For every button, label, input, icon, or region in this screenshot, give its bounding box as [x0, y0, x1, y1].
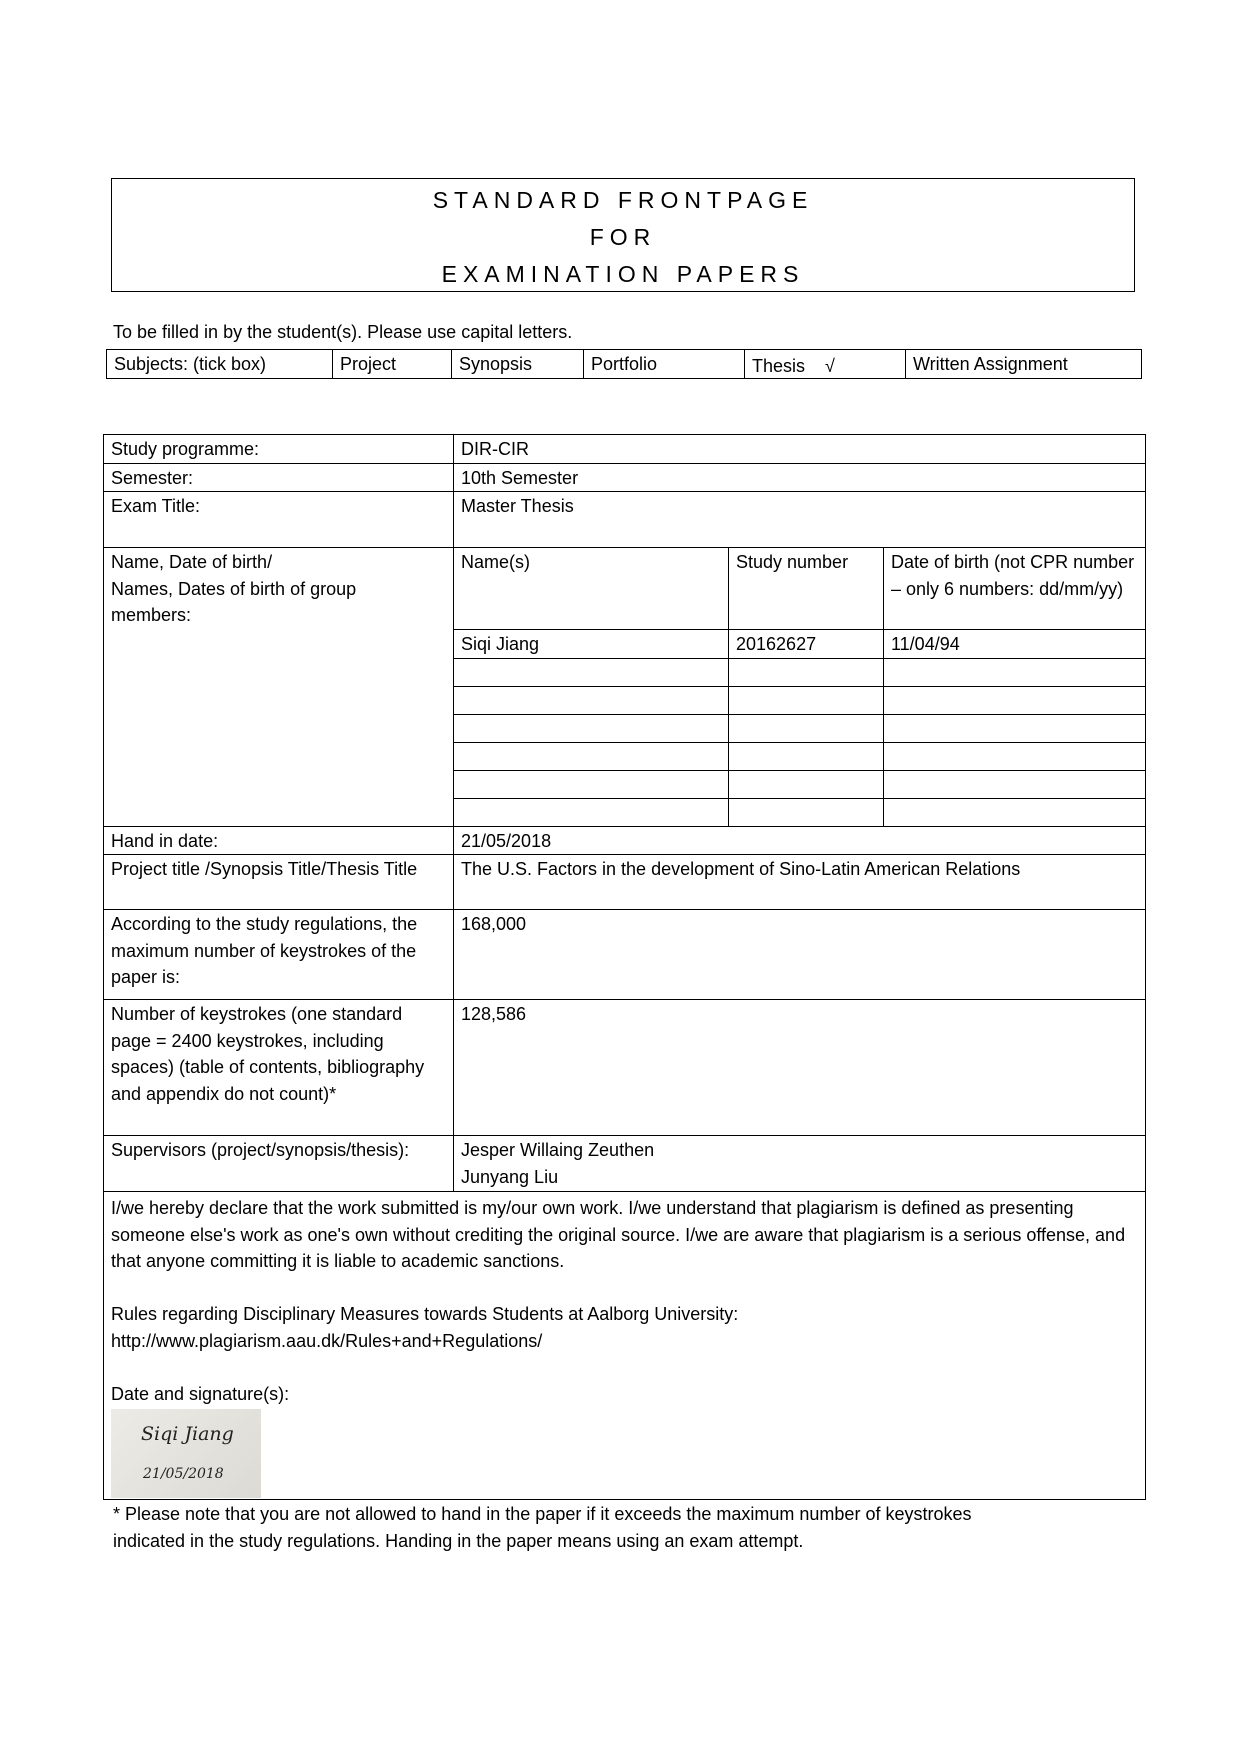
instruction-text: To be filled in by the student(s). Pleas… — [113, 322, 572, 343]
members-label-line: members: — [111, 602, 446, 629]
check-icon: √ — [825, 356, 835, 376]
subject-label: Thesis — [752, 356, 805, 376]
subject-written-assignment[interactable]: Written Assignment — [906, 350, 1142, 379]
member-study-number[interactable]: 20162627 — [729, 630, 884, 659]
title-box: STANDARD FRONTPAGE FOR EXAMINATION PAPER… — [111, 178, 1135, 292]
subject-label: Portfolio — [591, 354, 657, 374]
member-study-number[interactable] — [729, 686, 884, 714]
member-study-number[interactable] — [729, 658, 884, 686]
study-programme-label: Study programme: — [104, 435, 454, 464]
member-dob[interactable] — [884, 798, 1146, 826]
member-study-number[interactable] — [729, 798, 884, 826]
signature-name: Siqi Jiang — [141, 1421, 234, 1448]
title-line-1: STANDARD FRONTPAGE — [112, 182, 1134, 219]
member-dob[interactable] — [884, 658, 1146, 686]
member-dob[interactable] — [884, 770, 1146, 798]
footnote-line: indicated in the study regulations. Hand… — [113, 1528, 971, 1555]
study-number-header: Study number — [729, 548, 884, 630]
semester-label: Semester: — [104, 463, 454, 492]
signature-image: Siqi Jiang 21/05/2018 — [111, 1409, 261, 1498]
project-title-value[interactable]: The U.S. Factors in the development of S… — [454, 855, 1146, 910]
signature-label: Date and signature(s): — [111, 1381, 1138, 1408]
members-label-line: Names, Dates of birth of group — [111, 576, 446, 603]
dob-header: Date of birth (not CPR number – only 6 n… — [884, 548, 1146, 630]
subject-label: Synopsis — [459, 354, 532, 374]
num-keystrokes-value[interactable]: 128,586 — [454, 1000, 1146, 1136]
subject-project[interactable]: Project — [333, 350, 452, 379]
supervisors-label: Supervisors (project/synopsis/thesis): — [104, 1136, 454, 1192]
supervisor-name: Jesper Willaing Zeuthen — [461, 1137, 1138, 1164]
member-name[interactable] — [454, 658, 729, 686]
main-form-table: Study programme: DIR-CIR Semester: 10th … — [103, 434, 1146, 1192]
footnote-line: * Please note that you are not allowed t… — [113, 1501, 971, 1528]
max-keystrokes-label: According to the study regulations, the … — [104, 910, 454, 1000]
member-name[interactable]: Siqi Jiang — [454, 630, 729, 659]
rules-label: Rules regarding Disciplinary Measures to… — [111, 1301, 1138, 1328]
num-keystrokes-label: Number of keystrokes (one standard page … — [104, 1000, 454, 1136]
title-line-2: FOR — [112, 219, 1134, 256]
exam-title-value[interactable]: Master Thesis — [454, 492, 1146, 548]
member-dob[interactable]: 11/04/94 — [884, 630, 1146, 659]
member-study-number[interactable] — [729, 714, 884, 742]
signature-date: 21/05/2018 — [143, 1461, 224, 1488]
footnote: * Please note that you are not allowed t… — [113, 1501, 971, 1555]
subject-synopsis[interactable]: Synopsis — [452, 350, 584, 379]
exam-title-label: Exam Title: — [104, 492, 454, 548]
subject-label: Project — [340, 354, 396, 374]
member-name[interactable] — [454, 686, 729, 714]
hand-in-date-value[interactable]: 21/05/2018 — [454, 826, 1146, 855]
rules-link[interactable]: http://www.plagiarism.aau.dk/Rules+and+R… — [111, 1328, 1138, 1355]
supervisor-name: Junyang Liu — [461, 1164, 1138, 1191]
study-programme-value[interactable]: DIR-CIR — [454, 435, 1146, 464]
members-label-line: Name, Date of birth/ — [111, 549, 446, 576]
title-line-3: EXAMINATION PAPERS — [112, 256, 1134, 293]
semester-value[interactable]: 10th Semester — [454, 463, 1146, 492]
supervisors-value[interactable]: Jesper Willaing Zeuthen Junyang Liu — [454, 1136, 1146, 1192]
names-header: Name(s) — [454, 548, 729, 630]
declaration-text: I/we hereby declare that the work submit… — [111, 1195, 1138, 1275]
subject-portfolio[interactable]: Portfolio — [584, 350, 745, 379]
project-title-label: Project title /Synopsis Title/Thesis Tit… — [104, 855, 454, 910]
subject-thesis[interactable]: Thesis √ — [745, 350, 906, 379]
member-name[interactable] — [454, 798, 729, 826]
member-study-number[interactable] — [729, 742, 884, 770]
member-study-number[interactable] — [729, 770, 884, 798]
member-dob[interactable] — [884, 742, 1146, 770]
subjects-label: Subjects: (tick box) — [107, 350, 333, 379]
subject-label: Written Assignment — [913, 354, 1068, 374]
member-name[interactable] — [454, 742, 729, 770]
member-name[interactable] — [454, 770, 729, 798]
declaration-box: I/we hereby declare that the work submit… — [103, 1192, 1146, 1500]
member-dob[interactable] — [884, 714, 1146, 742]
member-name[interactable] — [454, 714, 729, 742]
members-label: Name, Date of birth/ Names, Dates of bir… — [104, 548, 454, 827]
max-keystrokes-value[interactable]: 168,000 — [454, 910, 1146, 1000]
hand-in-date-label: Hand in date: — [104, 826, 454, 855]
subjects-table: Subjects: (tick box) Project Synopsis Po… — [106, 349, 1142, 379]
member-dob[interactable] — [884, 686, 1146, 714]
